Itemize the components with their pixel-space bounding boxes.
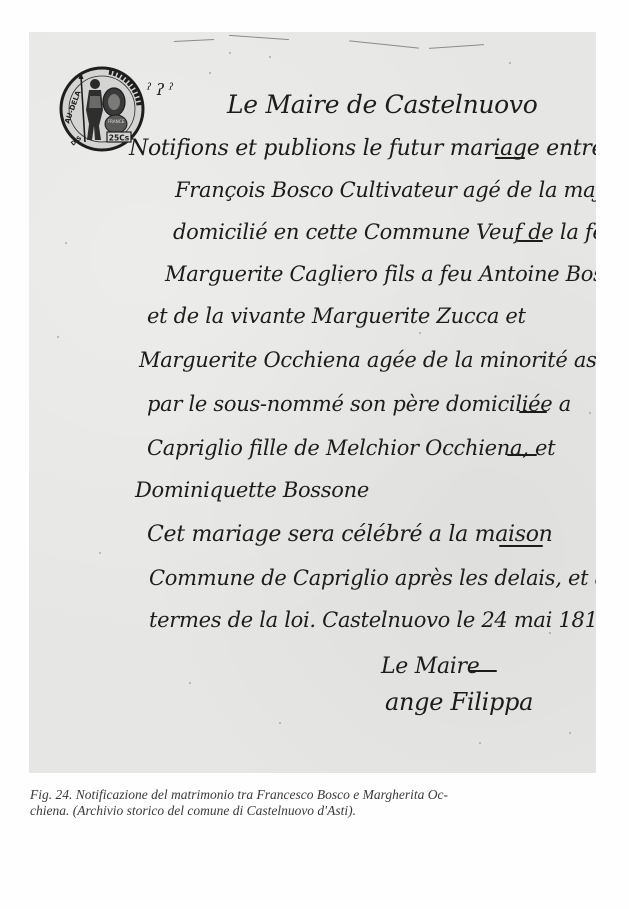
- manuscript-line: Capriglio fille de Melchior Occhiena, et: [147, 436, 555, 460]
- stamp-value: 25Cs: [109, 134, 130, 143]
- page: FRANCE 25Cs AU-DELA DIS ˀ ʔ ˀ Le Maire d…: [0, 0, 629, 909]
- manuscript-line: et de la vivante Marguerite Zucca et: [147, 304, 526, 328]
- manuscript-line: termes de la loi. Castelnuovo le 24 mai …: [149, 608, 596, 632]
- paper-speck: [549, 632, 551, 634]
- manuscript-line: François Bosco Cultivateur agé de la maj…: [175, 178, 596, 202]
- paper-speck: [57, 336, 59, 338]
- line-filler-dash: [517, 240, 543, 242]
- margin-marks: ˀ ʔ ˀ: [147, 80, 173, 99]
- manuscript-line: Marguerite Cagliero fils a feu Antoine B…: [165, 262, 596, 286]
- manuscript-line: Commune de Capriglio après les delais, e…: [149, 566, 596, 590]
- line-filler-dash: [507, 454, 537, 456]
- line-filler-dash: [519, 411, 547, 413]
- line-filler-dash: [495, 157, 525, 159]
- paper-speck: [279, 722, 281, 724]
- paper-speck: [269, 56, 271, 58]
- paper-speck: [229, 52, 231, 54]
- scratch-mark: [349, 40, 419, 48]
- scratch-mark: [174, 39, 214, 42]
- scratch-mark: [229, 35, 289, 40]
- paper-speck: [479, 742, 481, 744]
- paper-speck: [99, 552, 101, 554]
- manuscript-line: Dominiquette Bossone: [135, 478, 369, 502]
- caption-line-2: chiena. (Archivio storico del comune di …: [30, 803, 500, 819]
- manuscript-line: Marguerite Occhiena agée de la minorité …: [139, 348, 596, 372]
- document-photograph: FRANCE 25Cs AU-DELA DIS ˀ ʔ ˀ Le Maire d…: [29, 32, 596, 773]
- stamp-text-center: FRANCE: [108, 119, 125, 124]
- scratch-mark: [429, 44, 484, 49]
- line-filler-dash: [499, 545, 543, 547]
- paper-speck: [65, 242, 67, 244]
- manuscript-line: Notifions et publions le futur mariage e…: [129, 136, 596, 161]
- paper-speck: [569, 732, 571, 734]
- manuscript-line: Cet mariage sera célébré a la maison: [147, 522, 553, 547]
- line-filler-dash: [469, 670, 497, 672]
- paper-speck: [509, 62, 511, 64]
- signature-name: ange Filippa: [385, 688, 533, 716]
- figure-caption: Fig. 24. Notificazione del matrimonio tr…: [30, 787, 500, 818]
- paper-speck: [419, 332, 421, 334]
- paper-speck: [209, 72, 211, 74]
- caption-line-1: Fig. 24. Notificazione del matrimonio tr…: [30, 787, 500, 803]
- signature-title: Le Maire: [381, 654, 479, 679]
- paper-speck: [189, 682, 191, 684]
- manuscript-heading: Le Maire de Castelnuovo: [227, 90, 538, 119]
- manuscript-line: par le sous-nommé son père domiciliée a: [147, 392, 571, 416]
- paper-speck: [589, 412, 591, 414]
